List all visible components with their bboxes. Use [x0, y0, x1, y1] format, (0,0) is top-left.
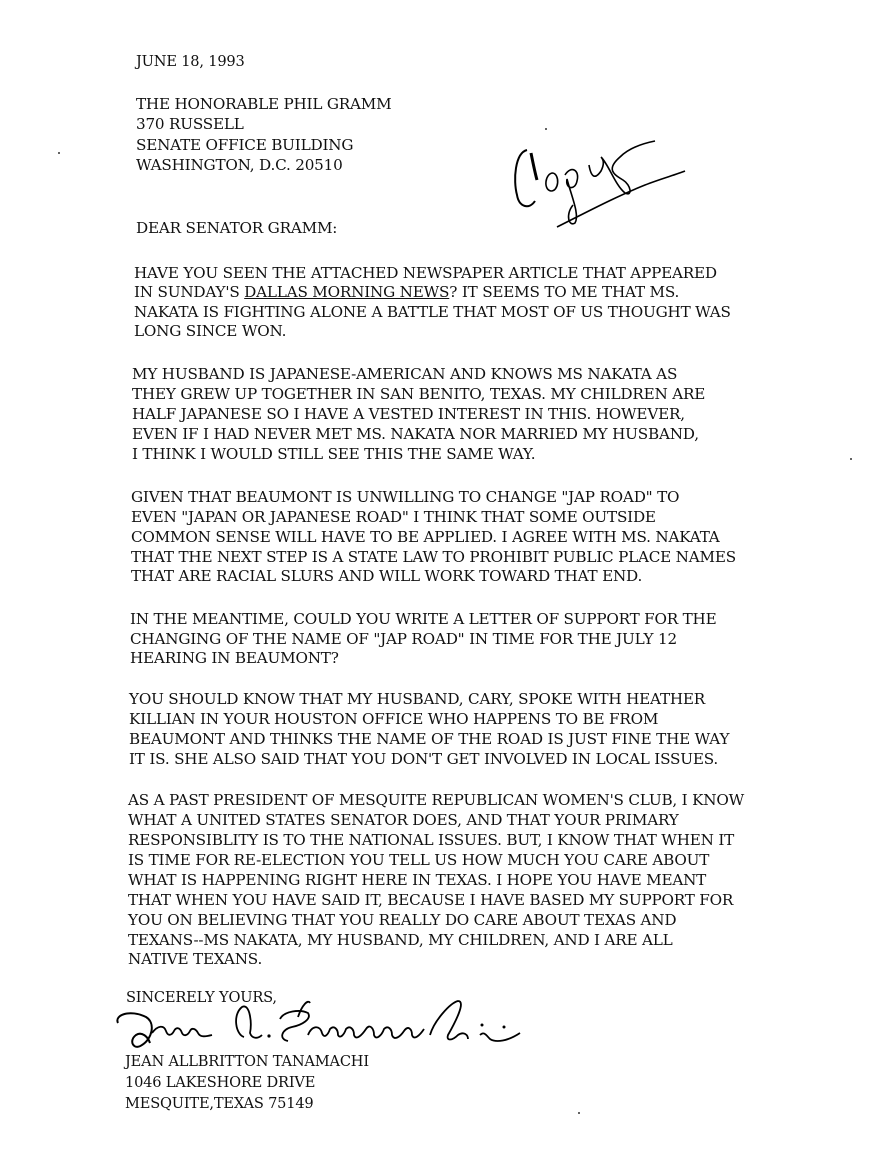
paragraph-line: NATIVE TEXANS. — [128, 949, 262, 969]
paragraph-line: EVEN "JAPAN OR JAPANESE ROAD" I THINK TH… — [131, 507, 656, 527]
scan-speck — [58, 152, 60, 154]
paragraph-line: HEARING IN BEAUMONT? — [130, 648, 339, 668]
text-segment: IN SUNDAY'S — [134, 283, 244, 301]
paragraph-line: GIVEN THAT BEAUMONT IS UNWILLING TO CHAN… — [131, 487, 679, 507]
paragraph-line: TEXANS--MS NAKATA, MY HUSBAND, MY CHILDR… — [128, 930, 673, 950]
scan-speck — [545, 128, 547, 130]
paragraph-line: IS TIME FOR RE-ELECTION YOU TELL US HOW … — [128, 850, 709, 870]
paragraph-line: HAVE YOU SEEN THE ATTACHED NEWSPAPER ART… — [134, 263, 717, 283]
newspaper-title: DALLAS MORNING NEWS — [244, 283, 449, 301]
paragraph-line: THEY GREW UP TOGETHER IN SAN BENITO, TEX… — [132, 384, 705, 404]
paragraph-line: COMMON SENSE WILL HAVE TO BE APPLIED. I … — [131, 527, 720, 547]
copy-handwritten-mark: Copy — [505, 135, 695, 235]
paragraph-line: THAT THE NEXT STEP IS A STATE LAW TO PRO… — [131, 547, 736, 567]
scan-speck — [578, 1112, 580, 1114]
letter-date: JUNE 18, 1993 — [136, 52, 245, 72]
paragraph-line: KILLIAN IN YOUR HOUSTON OFFICE WHO HAPPE… — [129, 709, 658, 729]
paragraph-line: AS A PAST PRESIDENT OF MESQUITE REPUBLIC… — [128, 790, 744, 810]
recipient-address-line1: 370 RUSSELL — [136, 114, 244, 134]
sender-address-line1: 1046 LAKESHORE DRIVE — [125, 1073, 315, 1093]
sender-name: JEAN ALLBRITTON TANAMACHI — [125, 1052, 369, 1072]
recipient-address-line2: SENATE OFFICE BUILDING — [136, 135, 353, 155]
paragraph-line: I THINK I WOULD STILL SEE THIS THE SAME … — [132, 444, 535, 464]
recipient-name: THE HONORABLE PHIL GRAMM — [136, 94, 392, 114]
paragraph-line: WHAT IS HAPPENING RIGHT HERE IN TEXAS. I… — [128, 870, 706, 890]
paragraph-line: IN SUNDAY'S DALLAS MORNING NEWS? IT SEEM… — [134, 282, 679, 302]
sender-address-line2: MESQUITE,TEXAS 75149 — [125, 1094, 314, 1114]
paragraph-line: RESPONSIBLITY IS TO THE NATIONAL ISSUES.… — [128, 830, 734, 850]
paragraph-line: WHAT A UNITED STATES SENATOR DOES, AND T… — [128, 810, 679, 830]
recipient-address-line3: WASHINGTON, D.C. 20510 — [136, 155, 343, 175]
paragraph-line: IN THE MEANTIME, COULD YOU WRITE A LETTE… — [130, 609, 716, 629]
paragraph-line: HALF JAPANESE SO I HAVE A VESTED INTERES… — [132, 404, 685, 424]
paragraph-line: IT IS. SHE ALSO SAID THAT YOU DON'T GET … — [129, 749, 718, 769]
letter-page: JUNE 18, 1993 THE HONORABLE PHIL GRAMM 3… — [0, 0, 893, 1155]
paragraph-line: NAKATA IS FIGHTING ALONE A BATTLE THAT M… — [134, 302, 731, 322]
paragraph-line: YOU SHOULD KNOW THAT MY HUSBAND, CARY, S… — [129, 689, 705, 709]
paragraph-line: THAT WHEN YOU HAVE SAID IT, BECAUSE I HA… — [128, 890, 733, 910]
text-segment: ? IT SEEMS TO ME THAT MS. — [449, 283, 679, 301]
paragraph-line: CHANGING OF THE NAME OF "JAP ROAD" IN TI… — [130, 629, 677, 649]
paragraph-line: YOU ON BELIEVING THAT YOU REALLY DO CARE… — [128, 910, 676, 930]
paragraph-line: BEAUMONT AND THINKS THE NAME OF THE ROAD… — [129, 729, 729, 749]
salutation: DEAR SENATOR GRAMM: — [136, 218, 337, 238]
paragraph-line: THAT ARE RACIAL SLURS AND WILL WORK TOWA… — [131, 566, 642, 586]
scan-speck — [850, 458, 852, 460]
paragraph-line: LONG SINCE WON. — [134, 321, 286, 341]
paragraph-line: EVEN IF I HAD NEVER MET MS. NAKATA NOR M… — [132, 424, 699, 444]
paragraph-line: MY HUSBAND IS JAPANESE-AMERICAN AND KNOW… — [132, 364, 677, 384]
